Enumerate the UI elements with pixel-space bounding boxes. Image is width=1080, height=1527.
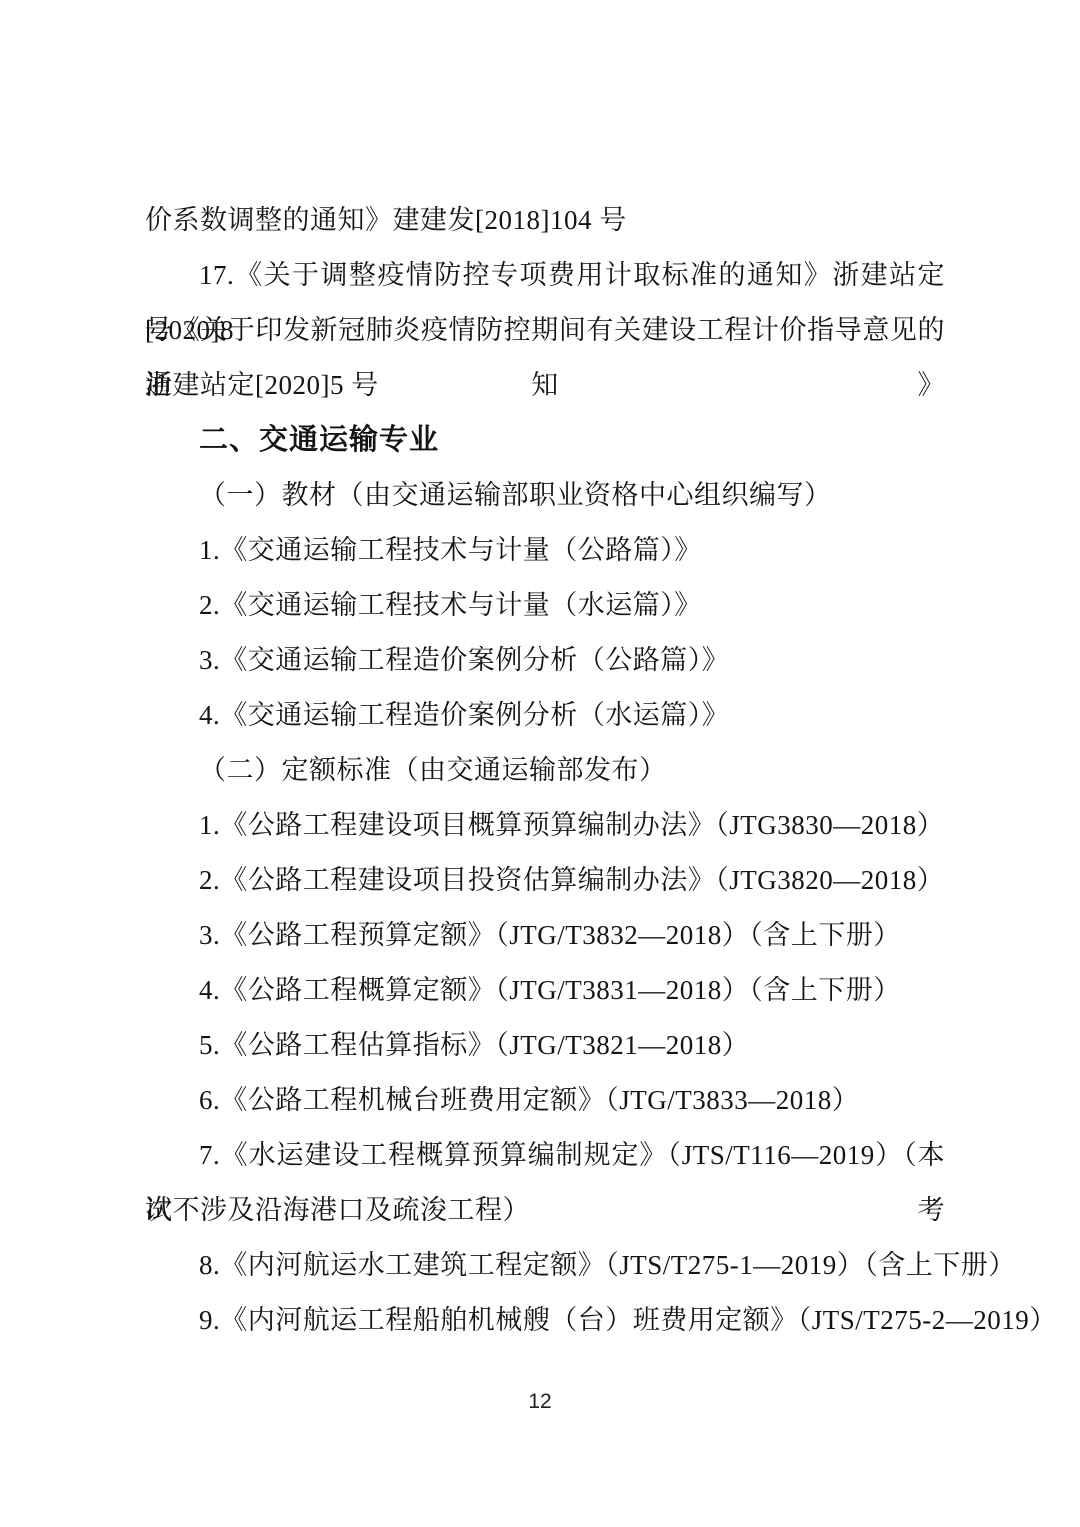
standard-item-1: 1.《公路工程建设项目概算预算编制办法》（JTG3830—2018）: [145, 798, 945, 853]
standard-item-5: 5.《公路工程估算指标》（JTG/T3821—2018）: [145, 1018, 945, 1073]
textbook-item-4: 4.《交通运输工程造价案例分析（水运篇）》: [145, 688, 945, 743]
standard-item-4: 4.《公路工程概算定额》（JTG/T3831—2018）（含上下册）: [145, 963, 945, 1018]
notice-17-line-1: 17.《关于调整疫情防控专项费用计取标准的通知》浙建站定[2020]8: [145, 248, 945, 303]
standard-item-7-line-1: 7.《水运建设工程概算预算编制规定》（JTS/T116—2019）（本次考: [145, 1128, 945, 1183]
standard-item-2: 2.《公路工程建设项目投资估算编制办法》（JTG3820—2018）: [145, 853, 945, 908]
textbook-item-2: 2.《交通运输工程技术与计量（水运篇）》: [145, 578, 945, 633]
page-body: 价系数调整的通知》建建发[2018]104 号 17.《关于调整疫情防控专项费用…: [145, 193, 945, 1348]
document-page: 价系数调整的通知》建建发[2018]104 号 17.《关于调整疫情防控专项费用…: [0, 0, 1080, 1527]
standard-item-8: 8.《内河航运水工建筑工程定额》（JTS/T275-1—2019）（含上下册）: [145, 1238, 945, 1293]
standard-item-3: 3.《公路工程预算定额》（JTG/T3832—2018）（含上下册）: [145, 908, 945, 963]
notice-17-line-2: 号《关于印发新冠肺炎疫情防控期间有关建设工程计价指导意见的通知》: [145, 303, 945, 358]
standard-item-6: 6.《公路工程机械台班费用定额》（JTG/T3833—2018）: [145, 1073, 945, 1128]
subsection-1-label: （一）教材（由交通运输部职业资格中心组织编写）: [145, 468, 945, 523]
textbook-item-3: 3.《交通运输工程造价案例分析（公路篇）》: [145, 633, 945, 688]
textbook-item-1: 1.《交通运输工程技术与计量（公路篇）》: [145, 523, 945, 578]
notice-16-continuation-line: 价系数调整的通知》建建发[2018]104 号: [145, 193, 945, 248]
subsection-2-label: （二）定额标准（由交通运输部发布）: [145, 743, 945, 798]
section-heading-transport: 二、交通运输专业: [145, 413, 945, 468]
page-number: 12: [0, 1390, 1080, 1414]
standard-item-9: 9.《内河航运工程船舶机械艘（台）班费用定额》（JTS/T275-2—2019）: [145, 1293, 945, 1348]
